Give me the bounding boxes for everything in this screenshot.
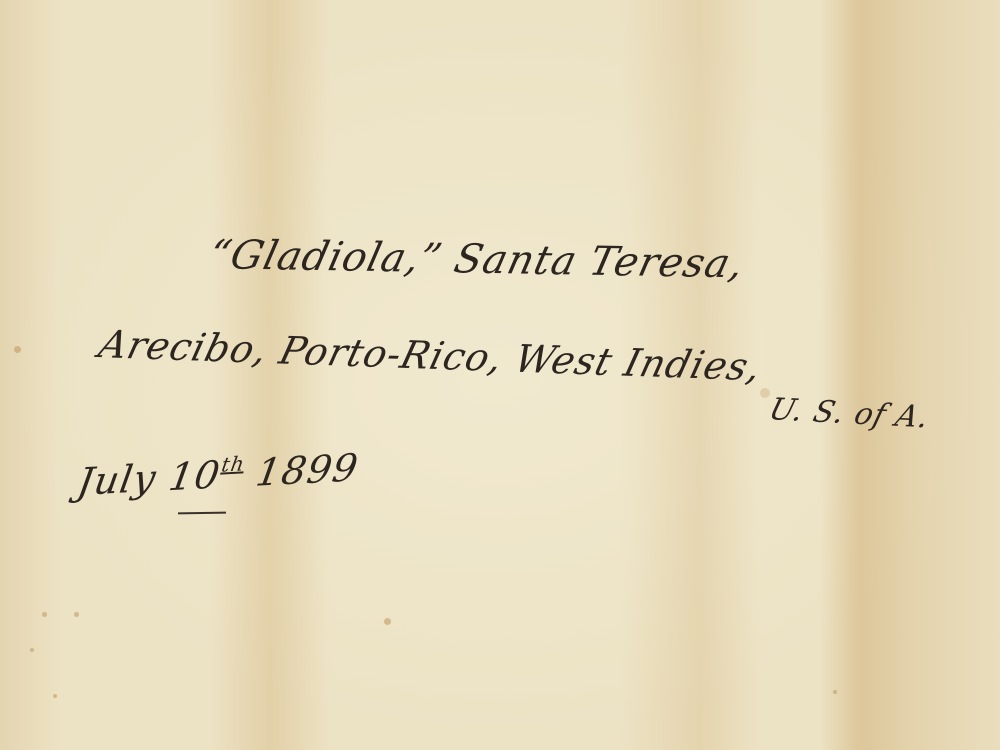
country-text: U. S. of A.	[765, 392, 933, 435]
date-year: 1899	[240, 446, 362, 496]
foxing-spot	[833, 690, 837, 694]
location-text: Arecibo, Porto-Rico, West Indies,	[95, 322, 767, 389]
aged-paper-page: “Gladiola,” Santa Teresa, Arecibo, Porto…	[0, 0, 1000, 750]
house-and-place-text: “Gladiola,” Santa Teresa,	[205, 232, 749, 287]
date-underline-stroke	[178, 512, 226, 515]
foxing-spot	[30, 648, 34, 652]
foxing-spot	[74, 612, 79, 617]
handwritten-line-date: July 10th 1899	[74, 446, 361, 504]
foxing-spot	[53, 694, 57, 698]
foxing-spot	[760, 388, 770, 398]
handwritten-line-country: U. S. of A.	[765, 392, 933, 435]
handwritten-line-location: Arecibo, Porto-Rico, West Indies,	[95, 322, 767, 389]
date-month-day: July 10	[74, 453, 223, 504]
foxing-spot	[384, 618, 391, 625]
foxing-spot	[42, 612, 47, 617]
handwritten-line-house-name: “Gladiola,” Santa Teresa,	[205, 232, 749, 287]
foxing-spot	[14, 346, 21, 353]
